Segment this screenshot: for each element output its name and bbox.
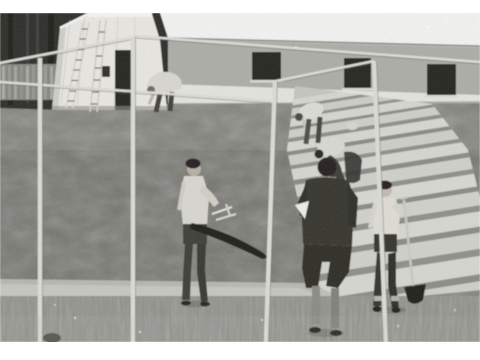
film-grain bbox=[0, 13, 480, 342]
photo-area bbox=[0, 13, 480, 343]
photograph bbox=[0, 0, 480, 360]
photo-frame bbox=[0, 0, 480, 360]
